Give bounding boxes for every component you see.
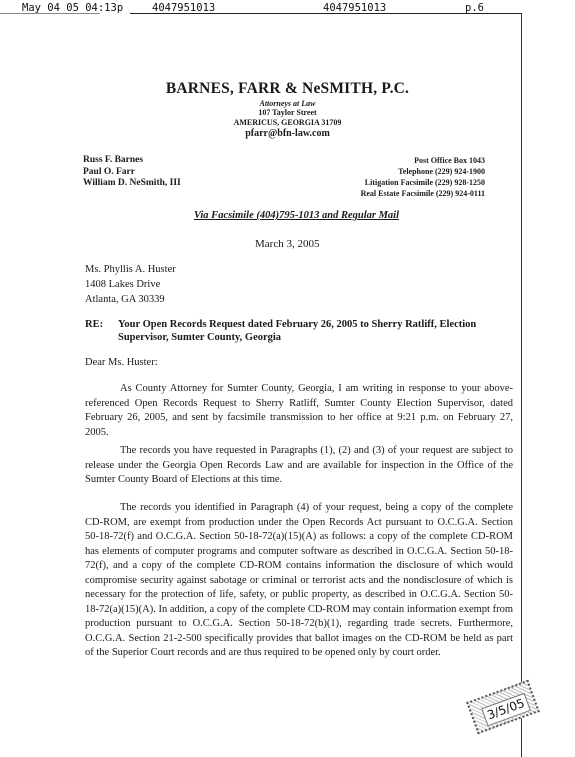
recipient-address: Ms. Phyllis A. Huster 1408 Lakes Drive A… xyxy=(85,262,176,307)
delivery-method: Via Facsimile (404)795-1013 and Regular … xyxy=(0,210,575,221)
salutation: Dear Ms. Huster: xyxy=(85,357,158,368)
recipient-name: Ms. Phyllis A. Huster xyxy=(85,262,176,277)
recipient-city: Atlanta, GA 30339 xyxy=(85,292,176,307)
subject-label: RE: xyxy=(85,318,103,331)
partner-list: Russ F. Barnes Paul O. Farr William D. N… xyxy=(83,155,181,190)
firm-name: BARNES, FARR & NeSMITH, P.C. xyxy=(0,80,575,98)
partner-name: Paul O. Farr xyxy=(83,167,181,179)
body-paragraph: The records you have requested in Paragr… xyxy=(85,444,513,488)
contact-po-box: Post Office Box 1043 xyxy=(361,155,485,166)
contact-telephone: Telephone (229) 924-1900 xyxy=(361,166,485,177)
letter-date: March 3, 2005 xyxy=(255,238,319,250)
delivery-method-text: Via Facsimile (404)795-1013 and Regular … xyxy=(194,210,399,221)
recipient-street: 1408 Lakes Drive xyxy=(85,277,176,292)
letterhead: BARNES, FARR & NeSMITH, P.C. Attorneys a… xyxy=(0,80,575,139)
firm-contacts: Post Office Box 1043 Telephone (229) 924… xyxy=(361,155,485,199)
fax-header-rule xyxy=(130,13,522,14)
contact-litigation-fax: Litigation Facsimile (229) 928-1250 xyxy=(361,177,485,188)
body-paragraph: The records you identified in Paragraph … xyxy=(85,501,513,661)
firm-city: AMERICUS, GEORGIA 31709 xyxy=(0,118,575,128)
contact-real-estate-fax: Real Estate Facsimile (229) 924-0111 xyxy=(361,188,485,199)
firm-street: 107 Taylor Street xyxy=(0,108,575,118)
body-paragraph: As County Attorney for Sumter County, Ge… xyxy=(85,382,513,440)
partner-name: William D. NeSmith, III xyxy=(83,178,181,190)
fax-header-rule-left xyxy=(0,13,100,14)
received-stamp: 3/5/05 xyxy=(466,680,540,735)
partner-name: Russ F. Barnes xyxy=(83,155,181,167)
subject-text: Your Open Records Request dated February… xyxy=(118,318,505,344)
received-stamp-date: 3/5/05 xyxy=(481,693,531,727)
firm-subtitle: Attorneys at Law xyxy=(0,99,575,108)
firm-email: pfarr@bfn-law.com xyxy=(0,128,575,139)
subject-line: RE: Your Open Records Request dated Febr… xyxy=(85,318,505,344)
